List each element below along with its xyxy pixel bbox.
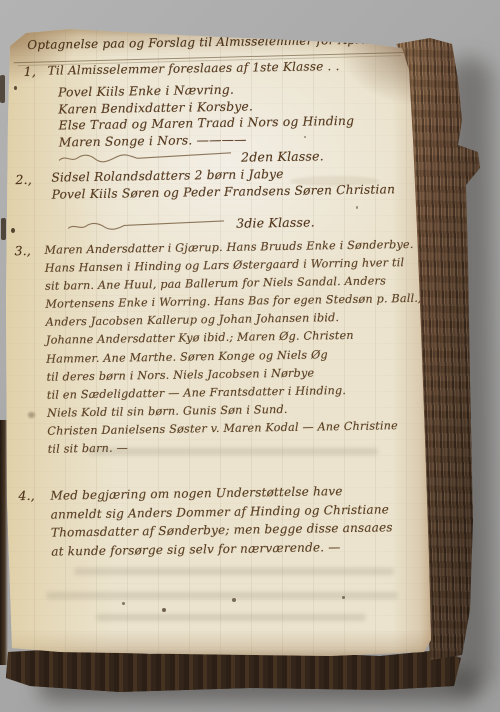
section-4-text: Med begjæring om nogen Understøttelse ha… <box>50 481 393 561</box>
photo-of-manuscript-book: Optagnelse paa og Forslag til Almisselem… <box>0 0 500 712</box>
ink-speck <box>304 136 306 138</box>
section-1-name-list: Povel Kiils Enke i Nævring. Karen Bendix… <box>58 80 355 151</box>
section-3-text: Maren Andersdatter i Gjærup. Hans Bruuds… <box>44 236 424 459</box>
section-1-number: 1, <box>24 64 37 79</box>
bleedthrough-smudge <box>46 592 398 599</box>
section-2-number: 2., <box>15 172 32 187</box>
ink-speck <box>342 596 345 599</box>
stain <box>290 176 380 186</box>
ink-speck <box>11 228 15 233</box>
class-2-heading: 2den Klasse. <box>241 148 324 164</box>
bleedthrough-smudge <box>88 448 378 455</box>
binding-fragment <box>0 75 5 103</box>
manuscript-line: at kunde forsørge sig selv for nærværend… <box>51 537 393 561</box>
page-title: Optagnelse paa og Forslag til Almisselem… <box>27 32 425 52</box>
bleedthrough-smudge <box>96 614 366 621</box>
section-3-number: 3., <box>14 243 31 258</box>
binding-fragment <box>1 218 6 240</box>
ink-speck <box>122 602 125 605</box>
ink-speck <box>200 354 202 356</box>
ink-speck <box>232 598 236 602</box>
ink-speck <box>162 608 166 612</box>
manuscript-page: Optagnelse paa og Forslag til Almisselem… <box>4 24 434 660</box>
class-3-heading: 3die Klasse. <box>236 214 315 230</box>
separator-squiggle <box>57 150 235 165</box>
ink-blot <box>28 412 35 418</box>
bleedthrough-smudge <box>74 568 394 575</box>
ink-speck <box>14 86 17 90</box>
ink-speck <box>356 206 358 209</box>
section-4-number: 4., <box>18 488 35 503</box>
separator-squiggle <box>66 218 228 233</box>
handwritten-text-layer: Optagnelse paa og Forslag til Almisselem… <box>0 21 439 664</box>
